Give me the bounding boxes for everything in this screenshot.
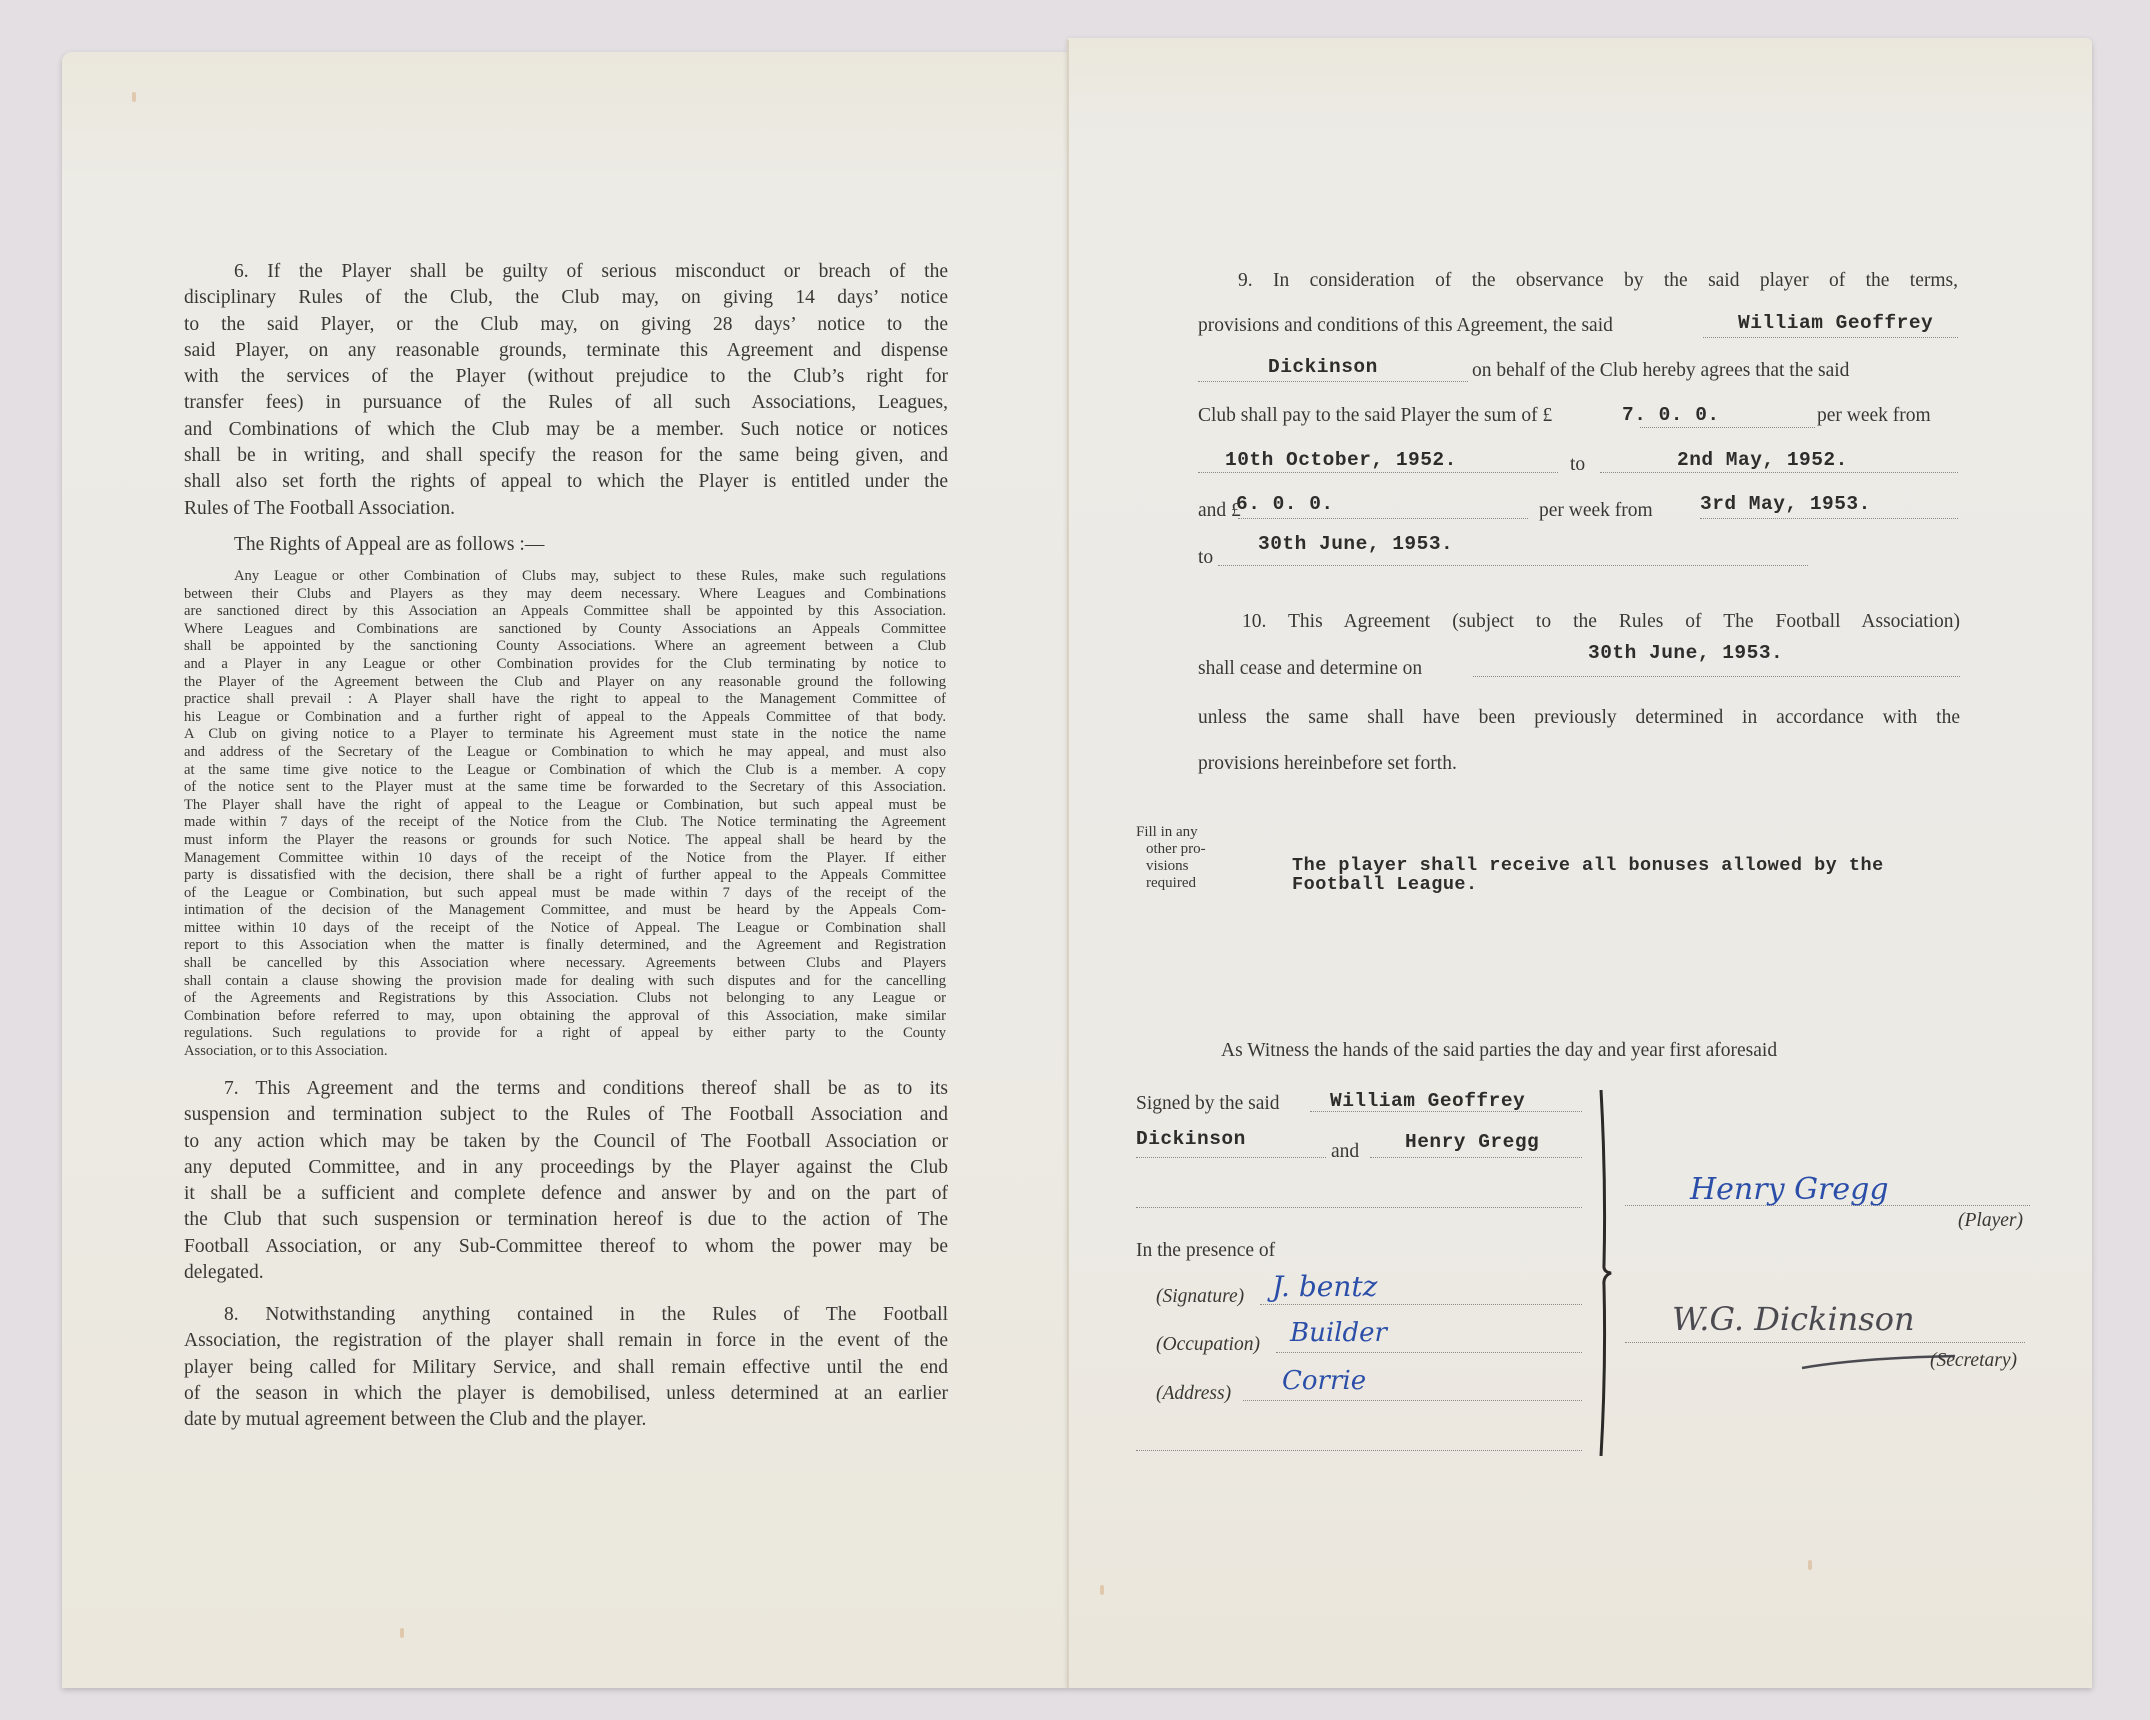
foxing-stain (1808, 1560, 1812, 1570)
to-label-1: to (1570, 454, 1585, 476)
clause-7: 7. This Agreement and the terms and cond… (184, 1076, 948, 1286)
signed-by-label: Signed by the said (1136, 1093, 1280, 1115)
presence-label: In the presence of (1136, 1240, 1275, 1262)
player-name-field-2[interactable] (1198, 381, 1468, 382)
end-date: 30th June, 1953. (1588, 642, 1783, 664)
from-date-field-2[interactable] (1700, 518, 1958, 519)
clause-9-line-3: on behalf of the Club hereby agrees that… (1472, 360, 1849, 382)
witness-heading: As Witness the hands of the said parties… (1221, 1040, 1777, 1062)
clause-9-line-4: Club shall pay to the said Player the su… (1198, 405, 1552, 427)
per-week-from-1: per week from (1817, 405, 1931, 427)
weekly-wage-1: 7. 0. 0. (1622, 404, 1720, 426)
to-date-1: 2nd May, 1952. (1677, 449, 1848, 471)
clause-9-line-2: provisions and conditions of this Agreem… (1198, 315, 1613, 337)
occupation-label: (Occupation) (1156, 1334, 1260, 1356)
witness-extra-field[interactable] (1136, 1450, 1582, 1451)
foxing-stain (1100, 1585, 1104, 1595)
witness-occupation-field[interactable] (1276, 1352, 1582, 1353)
and-label: and (1331, 1141, 1359, 1163)
signed-name-3: Henry Gregg (1405, 1131, 1539, 1153)
clause-6: 6. If the Player shall be guilty of seri… (184, 259, 948, 522)
from-date-field-1[interactable] (1198, 472, 1558, 473)
witness-signature-field[interactable] (1260, 1304, 1582, 1305)
to-date-field-1[interactable] (1600, 472, 1958, 473)
secretary-label: (Secretary) (1930, 1350, 2017, 1372)
foxing-stain (400, 1628, 404, 1638)
end-date-field[interactable] (1473, 676, 1960, 677)
player-label: (Player) (1958, 1210, 2023, 1232)
weekly-wage-field-2[interactable] (1238, 518, 1528, 519)
weekly-wage-field-1[interactable] (1640, 427, 1815, 428)
clause-8: 8. Notwithstanding anything contained in… (184, 1302, 948, 1433)
player-name-typed-2: Dickinson (1268, 356, 1378, 378)
witness-address-field[interactable] (1243, 1400, 1582, 1401)
clause-10-line-2: shall cease and determine on (1198, 658, 1422, 680)
to-date-field-2[interactable] (1218, 565, 1808, 566)
witness-address: Corrie (1282, 1366, 1366, 1396)
witness-signature: J. bentz (1272, 1270, 1377, 1303)
from-date-1: 10th October, 1952. (1225, 449, 1457, 471)
signed-name-1: William Geoffrey (1330, 1090, 1525, 1112)
other-provisions-margin-label: Fill in any other pro- visions required (1136, 824, 1206, 892)
other-provisions-text-1: The player shall receive all bonuses all… (1292, 855, 1884, 876)
per-week-from-2: per week from (1539, 500, 1653, 522)
secretary-signature-field[interactable] (1625, 1342, 2025, 1343)
clause-10-line-4: provisions hereinbefore set forth. (1198, 753, 1457, 775)
signed-by-field-3[interactable] (1370, 1157, 1582, 1158)
center-fold (1067, 40, 1069, 1688)
and-pounds-label: and £ (1198, 500, 1241, 522)
clause-10-line-3: unless the same shall have been previous… (1198, 705, 1960, 731)
clause-10-line-1: 10. This Agreement (subject to the Rules… (1198, 609, 1960, 635)
signed-by-field-4[interactable] (1136, 1207, 1582, 1208)
address-label: (Address) (1156, 1383, 1231, 1405)
player-name-typed-1: William Geoffrey (1738, 312, 1933, 334)
brace-divider (1597, 1090, 1613, 1456)
to-label-2: to (1198, 547, 1213, 569)
signed-name-2: Dickinson (1136, 1128, 1246, 1150)
to-date-2: 30th June, 1953. (1258, 533, 1453, 555)
clause-9-line-1: 9. In consideration of the observance by… (1198, 268, 1958, 294)
rights-of-appeal-text: Any League or other Combination of Clubs… (184, 568, 946, 1061)
player-signature: Henry Gregg (1690, 1172, 1889, 1207)
signed-by-field-2[interactable] (1136, 1157, 1326, 1158)
other-provisions-text-2: Football League. (1292, 874, 1478, 895)
rights-of-appeal-heading: The Rights of Appeal are as follows :— (234, 534, 544, 556)
weekly-wage-2: 6. 0. 0. (1236, 493, 1334, 515)
signature-label: (Signature) (1156, 1286, 1244, 1308)
player-name-field[interactable] (1703, 337, 1958, 338)
witness-occupation: Builder (1290, 1318, 1387, 1348)
secretary-signature: W.G. Dickinson (1672, 1300, 1915, 1338)
foxing-stain (132, 92, 136, 102)
from-date-2: 3rd May, 1953. (1700, 493, 1871, 515)
